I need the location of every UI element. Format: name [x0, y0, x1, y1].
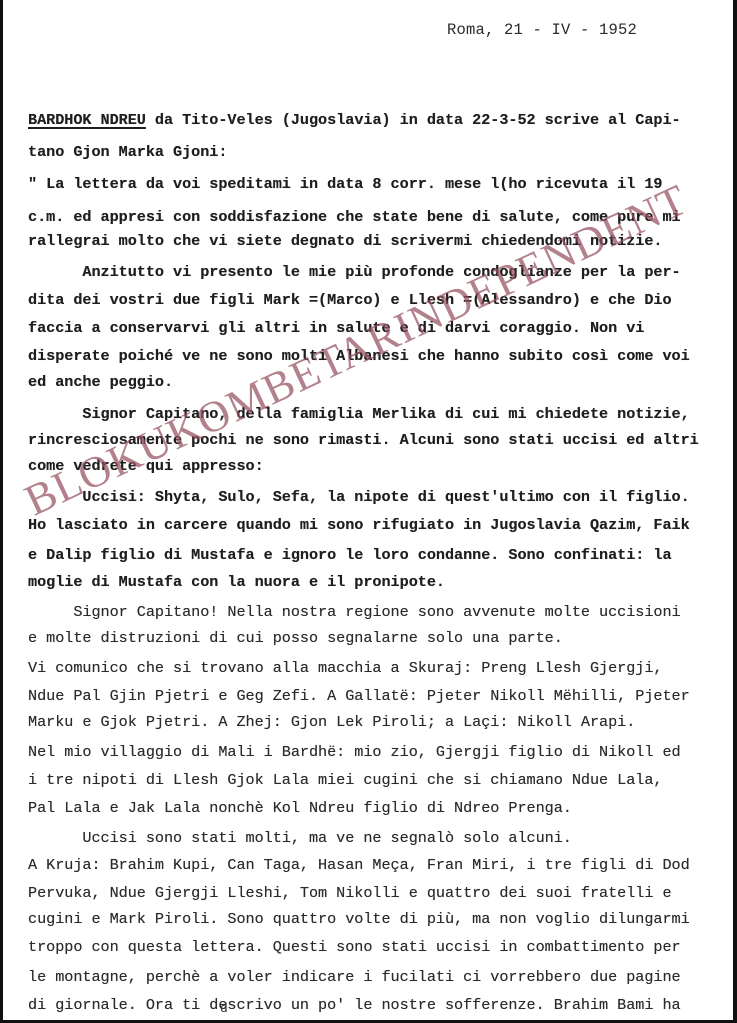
footer-mark: d — [220, 1001, 228, 1016]
letter-line: Anzitutto vi presento le mie più profond… — [28, 263, 681, 281]
letter-line: di giornale. Ora ti descrivo un po' le n… — [28, 996, 681, 1014]
letter-line: ed anche peggio. — [28, 373, 173, 391]
letter-line: troppo con questa lettera. Questi sono s… — [28, 938, 681, 956]
dateline: Roma, 21 - IV - 1952 — [447, 21, 637, 39]
letter-line: cugini e Mark Piroli. Sono quattro volte… — [28, 910, 690, 928]
letter-line: dita dei vostri due figli Mark =(Marco) … — [28, 291, 672, 309]
header-line-1: BARDHOK NDREU da Tito-Veles (Jugoslavia)… — [28, 111, 681, 129]
letter-line: rallegrai molto che vi siete degnato di … — [28, 232, 662, 250]
letter-line: Nel mio villaggio di Mali i Bardhë: mio … — [28, 743, 681, 761]
letter-line: Pervuka, Ndue Gjergji Lleshi, Tom Nikoll… — [28, 884, 672, 902]
letter-line: i tre nipoti di Llesh Gjok Lala miei cug… — [28, 771, 662, 789]
letter-line: rincresciosamente pochi ne sono rimasti.… — [28, 431, 699, 449]
letter-line: " La lettera da voi speditami in data 8 … — [28, 175, 662, 193]
header-line-1-rest: da Tito-Veles (Jugoslavia) in data 22-3-… — [146, 111, 681, 129]
letter-line: e molte distruzioni di cui posso segnala… — [28, 629, 563, 647]
letter-line: Uccisi: Shyta, Sulo, Sefa, la nipote di … — [28, 488, 690, 506]
letter-line: c.m. ed appresi con soddisfazione che st… — [28, 208, 681, 226]
letter-line: Signor Capitano! Nella nostra regione so… — [28, 603, 681, 621]
letter-line: come vedrete qui appresso: — [28, 457, 264, 475]
letter-line: A Kruja: Brahim Kupi, Can Taga, Hasan Me… — [28, 856, 690, 874]
letter-line: Uccisi sono stati molti, ma ve ne segnal… — [28, 829, 572, 847]
letter-line: Signor Capitano, della famiglia Merlika … — [28, 405, 690, 423]
letter-line: faccia a conservarvi gli altri in salute… — [28, 319, 644, 337]
letter-line: Ho lasciato in carcere quando mi sono ri… — [28, 516, 690, 534]
letter-line: Vi comunico che si trovano alla macchia … — [28, 659, 662, 677]
letter-line: Ndue Pal Gjin Pjetri e Geg Zefi. A Galla… — [28, 687, 690, 705]
document-page: Roma, 21 - IV - 1952 BARDHOK NDREU da Ti… — [0, 0, 737, 1023]
header-line-2: tano Gjon Marka Gjoni: — [28, 143, 227, 161]
letter-line: le montagne, perchè a voler indicare i f… — [28, 968, 681, 986]
letter-line: Marku e Gjok Pjetri. A Zhej: Gjon Lek Pi… — [28, 713, 635, 731]
letter-line: Pal Lala e Jak Lala nonchè Kol Ndreu fig… — [28, 799, 572, 817]
sender-name: BARDHOK NDREU — [28, 111, 146, 129]
letter-line: e Dalip figlio di Mustafa e ignoro le lo… — [28, 546, 672, 564]
letter-line: disperate poiché ve ne sono molti Albane… — [28, 347, 690, 365]
letter-line: moglie di Mustafa con la nuora e il pron… — [28, 573, 445, 591]
